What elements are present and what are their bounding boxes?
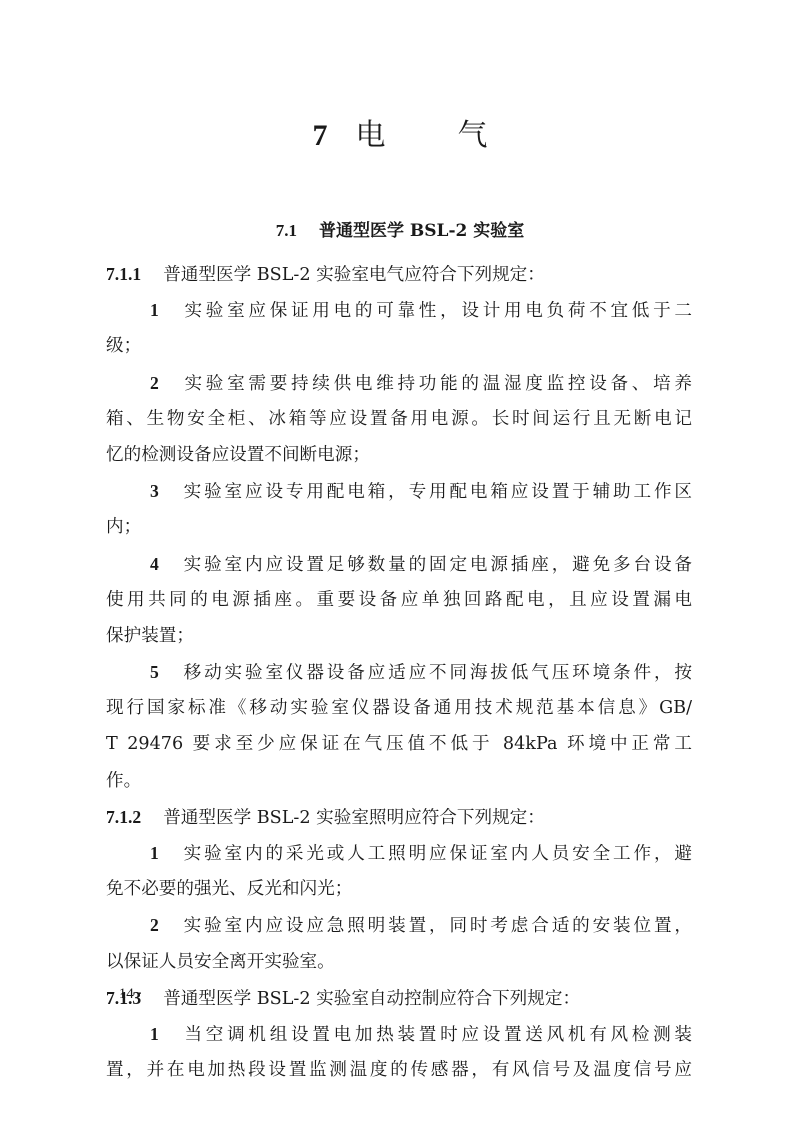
section-title: 普通型医学 BSL-2 实验室 <box>319 221 524 241</box>
text-line: 以保证人员安全离开实验室。 <box>106 944 692 980</box>
chapter-title-part1: 电 <box>356 118 386 153</box>
line-text: 现行国家标准《移动实验室仪器设备通用技术规范基本信息》GB/ <box>106 698 692 718</box>
text-line: 作。 <box>106 763 692 799</box>
line-text: 级； <box>106 336 141 356</box>
line-text: 实验室内的采光或人工照明应保证室内人员安全工作，避 <box>181 844 692 864</box>
text-line: 箱、生物安全柜、冰箱等应设置备用电源。长时间运行且无断电记 <box>106 401 692 437</box>
item-line: 5移动实验室仪器设备应适应不同海拔低气压环境条件，按 <box>106 654 692 690</box>
item-line: 4实验室内应设置足够数量的固定电源插座，避免多台设备 <box>106 546 692 582</box>
section-heading: 7.1普通型医学 BSL-2 实验室 <box>0 218 800 244</box>
line-text: 作。 <box>106 771 141 791</box>
page-number: · 14 · <box>110 986 143 1003</box>
item-number: 2 <box>150 373 159 393</box>
item-line: 1实验室内的采光或人工照明应保证室内人员安全工作，避 <box>106 835 692 871</box>
clause-line: 7.1.2普通型医学 BSL-2 实验室照明应符合下列规定： <box>106 799 692 835</box>
line-text: 实验室需要持续供电维持功能的温湿度监控设备、培养 <box>181 374 692 394</box>
item-number: 4 <box>150 554 159 574</box>
item-number: 2 <box>150 915 159 935</box>
line-text: 移动实验室仪器设备应适应不同海拔低气压环境条件，按 <box>181 663 692 683</box>
text-line: T 29476 要求至少应保证在气压值不低于 84kPa 环境中正常工 <box>106 726 692 762</box>
clause-number: 7.1.1 <box>106 264 141 284</box>
text-line: 置，并在电加热段设置监测温度的传感器，有风信号及温度信号应 <box>106 1052 692 1088</box>
line-text: 当空调机组设置电加热装置时应设置送风机有风检测装 <box>181 1025 692 1045</box>
line-text: 忆的检测设备应设置不间断电源； <box>106 445 370 465</box>
section-number: 7.1 <box>276 221 297 240</box>
item-line: 2实验室内应设应急照明装置，同时考虑合适的安装位置， <box>106 907 692 943</box>
item-line: 3实验室应设专用配电箱，专用配电箱应设置于辅助工作区 <box>106 473 692 509</box>
line-text: 普通型医学 BSL-2 实验室电气应符合下列规定： <box>163 265 545 285</box>
line-text: 以保证人员安全离开实验室。 <box>106 952 335 972</box>
item-line: 2实验室需要持续供电维持功能的温湿度监控设备、培养 <box>106 365 692 401</box>
item-number: 1 <box>150 300 159 320</box>
line-text: 实验室应设专用配电箱，专用配电箱应设置于辅助工作区 <box>181 482 692 502</box>
text-line: 级； <box>106 328 692 364</box>
chapter-title: 7电气 <box>0 116 800 156</box>
line-text: 实验室内应设应急照明装置，同时考虑合适的安装位置， <box>181 916 692 936</box>
text-line: 使用共同的电源插座。重要设备应单独回路配电，且应设置漏电 <box>106 582 692 618</box>
text-line: 忆的检测设备应设置不间断电源； <box>106 437 692 473</box>
text-line: 内； <box>106 509 692 545</box>
clause-line: 7.1.3普通型医学 BSL-2 实验室自动控制应符合下列规定： <box>106 980 692 1016</box>
text-line: 现行国家标准《移动实验室仪器设备通用技术规范基本信息》GB/ <box>106 690 692 726</box>
line-text: 保护装置； <box>106 626 194 646</box>
line-text: 内； <box>106 517 141 537</box>
line-text: 实验室内应设置足够数量的固定电源插座，避免多台设备 <box>181 555 692 575</box>
item-line: 1当空调机组设置电加热装置时应设置送风机有风检测装 <box>106 1016 692 1052</box>
line-text: 使用共同的电源插座。重要设备应单独回路配电，且应设置漏电 <box>106 590 692 610</box>
text-line: 免不必要的强光、反光和闪光； <box>106 871 692 907</box>
item-line: 1实验室应保证用电的可靠性，设计用电负荷不宜低于二 <box>106 292 692 328</box>
line-text: 实验室应保证用电的可靠性，设计用电负荷不宜低于二 <box>181 301 692 321</box>
chapter-number: 7 <box>313 119 328 152</box>
item-number: 5 <box>150 662 159 682</box>
item-number: 1 <box>150 1024 159 1044</box>
item-number: 3 <box>150 481 159 501</box>
clause-number: 7.1.2 <box>106 807 141 827</box>
line-text: 免不必要的强光、反光和闪光； <box>106 879 352 899</box>
chapter-title-part2: 气 <box>458 118 488 153</box>
clause-line: 7.1.1普通型医学 BSL-2 实验室电气应符合下列规定： <box>106 256 692 292</box>
line-text: 箱、生物安全柜、冰箱等应设置备用电源。长时间运行且无断电记 <box>106 409 692 429</box>
line-text: 普通型医学 BSL-2 实验室自动控制应符合下列规定： <box>163 989 580 1009</box>
line-text: 置，并在电加热段设置监测温度的传感器，有风信号及温度信号应 <box>106 1060 692 1080</box>
line-text: T 29476 要求至少应保证在气压值不低于 84kPa 环境中正常工 <box>106 734 692 754</box>
body-text: 7.1.1普通型医学 BSL-2 实验室电气应符合下列规定：1实验室应保证用电的… <box>106 256 692 1088</box>
line-text: 普通型医学 BSL-2 实验室照明应符合下列规定： <box>163 808 545 828</box>
text-line: 保护装置； <box>106 618 692 654</box>
item-number: 1 <box>150 843 159 863</box>
